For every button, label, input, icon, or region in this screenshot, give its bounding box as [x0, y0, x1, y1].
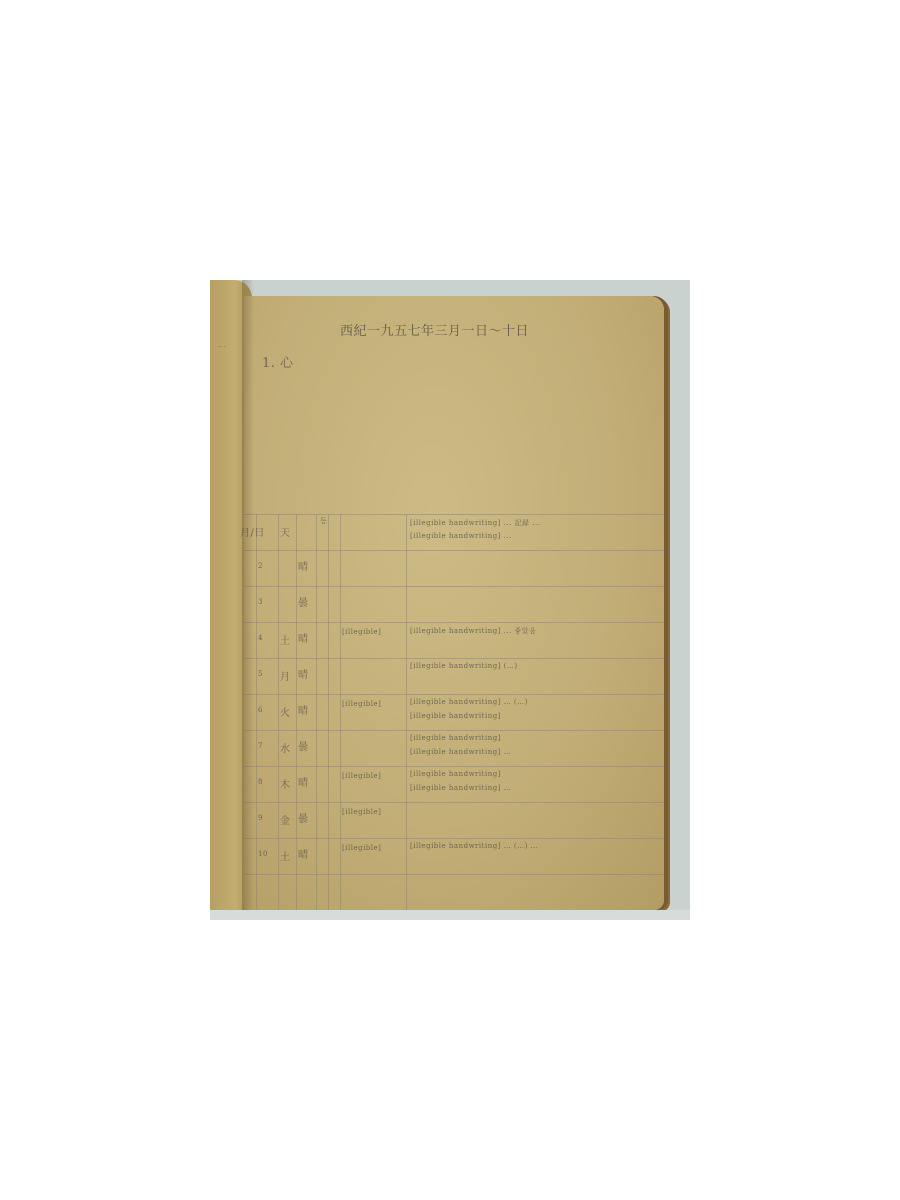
- notebook-page: 西紀一九五七年三月一日～十日 1. 心 月/日天등[illegible hand…: [244, 296, 664, 910]
- table-column-rule: [296, 514, 297, 910]
- section-heading: 1. 心: [262, 352, 294, 371]
- row-weather: 晴: [298, 558, 309, 573]
- row-notes: [illegible handwriting]: [410, 734, 501, 742]
- table-column-rule: [328, 514, 329, 910]
- row-weekday: 金: [280, 812, 291, 827]
- document-photo: ... 西紀一九五七年三月一日～十日 1. 心 月/日天등[illegible …: [210, 280, 690, 920]
- book-gutter: [242, 280, 254, 920]
- row-day: 10: [258, 850, 268, 858]
- table-rule: [244, 838, 664, 839]
- table-rule: [244, 730, 664, 731]
- table-rule: [244, 874, 664, 875]
- row-notes-line2: [illegible handwriting] …: [410, 784, 511, 792]
- header-notes: [illegible handwriting] ... 記録 ...: [410, 518, 540, 528]
- row-weather: 曇: [298, 594, 309, 609]
- table-column-rule: [406, 514, 407, 910]
- row-event: [illegible]: [342, 628, 381, 636]
- row-notes: [illegible handwriting] (…): [410, 662, 518, 670]
- row-event: [illegible]: [342, 772, 381, 780]
- table-rule: [244, 622, 664, 623]
- row-day: 7: [258, 742, 263, 750]
- table-column-rule: [256, 514, 257, 910]
- row-weather: 曇: [298, 738, 309, 753]
- row-notes: [illegible handwriting]: [410, 770, 501, 778]
- row-weekday: 火: [280, 704, 291, 719]
- table-column-rule: [340, 514, 341, 910]
- row-weather: 晴: [298, 630, 309, 645]
- table-column-rule: [316, 514, 317, 910]
- table-rule: [244, 802, 664, 803]
- row-weekday: 月: [280, 668, 291, 683]
- row-event: [illegible]: [342, 700, 381, 708]
- backdrop-strip: [210, 910, 690, 920]
- row-weekday: 水: [280, 740, 291, 755]
- row-weekday: 土: [280, 632, 291, 647]
- table-rule: [244, 514, 664, 515]
- row-weather: 晴: [298, 774, 309, 789]
- row-day: 5: [258, 670, 263, 678]
- row-day: 6: [258, 706, 263, 714]
- row-weekday: 土: [280, 848, 291, 863]
- row-notes: [illegible handwriting] … (…) …: [410, 842, 538, 850]
- row-weekday: 木: [280, 776, 291, 791]
- page-title: 西紀一九五七年三月一日～十日: [340, 320, 529, 339]
- table-rule: [244, 766, 664, 767]
- row-weather: 晴: [298, 846, 309, 861]
- row-notes: [illegible handwriting] … (…): [410, 698, 528, 706]
- row-day: 2: [258, 562, 263, 570]
- header-weather: 天: [280, 524, 291, 539]
- row-notes-line2: [illegible handwriting] …: [410, 748, 511, 756]
- row-event: [illegible]: [342, 844, 381, 852]
- table-rule: [244, 550, 664, 551]
- table-rule: [244, 658, 664, 659]
- row-event: [illegible]: [342, 808, 381, 816]
- header-notes-line2: [illegible handwriting] ...: [410, 532, 512, 540]
- row-notes: [illegible handwriting] ... 좋았음: [410, 626, 536, 636]
- row-weather: 晴: [298, 702, 309, 717]
- table-rule: [244, 586, 664, 587]
- row-weather: 晴: [298, 666, 309, 681]
- row-day: 3: [258, 598, 263, 606]
- table-rule: [244, 694, 664, 695]
- row-day: 9: [258, 814, 263, 822]
- header-event: 등: [320, 516, 327, 526]
- row-weather: 曇: [298, 810, 309, 825]
- margin-mark: ...: [218, 340, 226, 349]
- row-day: 8: [258, 778, 263, 786]
- row-notes-line2: [illegible handwriting]: [410, 712, 501, 720]
- row-day: 4: [258, 634, 263, 642]
- table-column-rule: [278, 514, 279, 910]
